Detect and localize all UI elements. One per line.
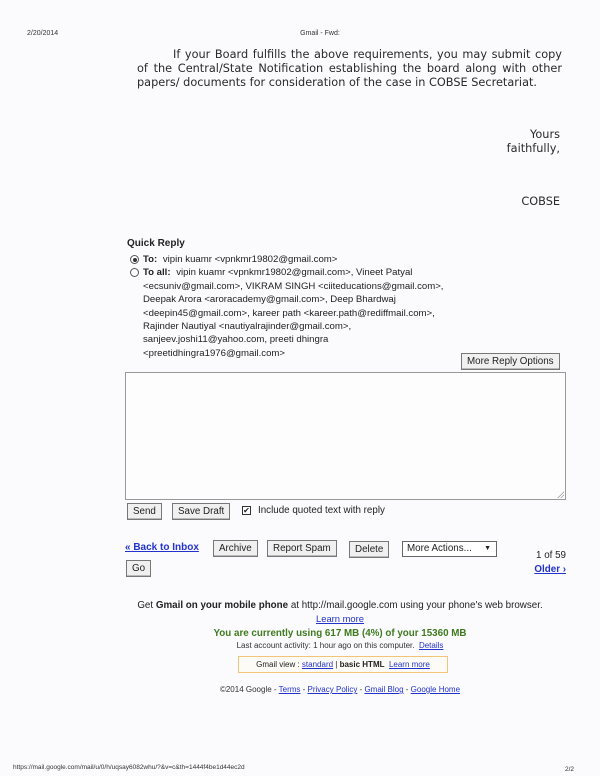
mobile-promo: Get Gmail on your mobile phone at http:/… — [0, 600, 600, 611]
resize-handle-icon[interactable] — [557, 491, 564, 498]
message-paragraph: If your Board fulfills the above require… — [137, 48, 562, 90]
mobile-promo-bold: Gmail on your mobile phone — [156, 600, 288, 611]
gmail-blog-link[interactable]: Gmail Blog — [364, 685, 403, 694]
radio-reply-to-sender[interactable] — [130, 255, 139, 264]
gmail-view-switcher: Gmail view : standard | basic HTML Learn… — [238, 656, 448, 673]
standard-view-link[interactable]: standard — [302, 660, 333, 669]
to-label: To: — [143, 254, 157, 265]
recipient-options: To: vipin kuamr <vpnkmr19802@gmail.com> … — [130, 253, 470, 360]
older-link[interactable]: Older › — [534, 564, 566, 575]
reply-to-all-option[interactable]: To all: vipin kuamr <vpnkmr19802@gmail.c… — [130, 266, 470, 360]
back-to-inbox-link[interactable]: « Back to Inbox — [125, 542, 199, 553]
storage-usage: You are currently using 617 MB (4%) of y… — [0, 628, 600, 639]
message-body: If your Board fulfills the above require… — [137, 48, 562, 90]
print-url: https://mail.google.com/mail/u/0/h/uqsay… — [13, 764, 245, 771]
learn-more-link[interactable]: Learn more — [316, 613, 364, 624]
closing-line-2: faithfully, — [507, 142, 560, 156]
archive-button[interactable]: Archive — [213, 540, 258, 557]
reply-to-sender-option[interactable]: To: vipin kuamr <vpnkmr19802@gmail.com> — [130, 253, 470, 266]
delete-button[interactable]: Delete — [349, 541, 389, 558]
dropdown-arrow-icon: ▼ — [484, 542, 491, 556]
pager-count: 1 of 59 — [534, 549, 566, 563]
account-activity: Last account activity: 1 hour ago on thi… — [0, 641, 600, 650]
to-all-label: To all: — [143, 267, 171, 278]
print-title: Gmail - Fwd: — [0, 30, 600, 37]
quick-reply-title: Quick Reply — [127, 238, 185, 249]
current-view-basic-html: basic HTML — [340, 660, 385, 669]
to-all-recipients: vipin kuamr <vpnkmr19802@gmail.com>, Vin… — [143, 267, 443, 358]
view-learn-more-link[interactable]: Learn more — [389, 660, 430, 669]
include-quoted-option[interactable]: ✔ Include quoted text with reply — [242, 505, 385, 516]
closing-line-1: Yours — [507, 128, 560, 142]
print-page-number: 2/2 — [565, 766, 574, 773]
more-actions-select[interactable]: More Actions... ▼ — [402, 541, 497, 557]
radio-reply-to-all[interactable] — [130, 268, 139, 277]
message-signature: COBSE — [521, 195, 560, 208]
terms-link[interactable]: Terms — [279, 685, 301, 694]
reply-body-textarea[interactable] — [125, 372, 566, 500]
more-actions-value: More Actions... — [407, 543, 472, 554]
message-closing: Yours faithfully, — [507, 128, 560, 156]
save-draft-button[interactable]: Save Draft — [172, 503, 230, 520]
more-reply-options-button[interactable]: More Reply Options — [461, 353, 560, 370]
pager: 1 of 59 Older › — [534, 549, 566, 577]
copyright-footer: ©2014 Google - Terms - Privacy Policy - … — [0, 685, 600, 694]
report-spam-button[interactable]: Report Spam — [267, 540, 337, 557]
privacy-policy-link[interactable]: Privacy Policy — [308, 685, 358, 694]
google-home-link[interactable]: Google Home — [411, 685, 460, 694]
go-button[interactable]: Go — [126, 560, 151, 577]
details-link[interactable]: Details — [419, 641, 443, 650]
include-quoted-label: Include quoted text with reply — [258, 505, 385, 516]
mobile-learn-more: Learn more — [0, 613, 600, 624]
send-button[interactable]: Send — [127, 503, 162, 520]
include-quoted-checkbox[interactable]: ✔ — [242, 506, 251, 515]
to-recipients: vipin kuamr <vpnkmr19802@gmail.com> — [163, 254, 338, 265]
